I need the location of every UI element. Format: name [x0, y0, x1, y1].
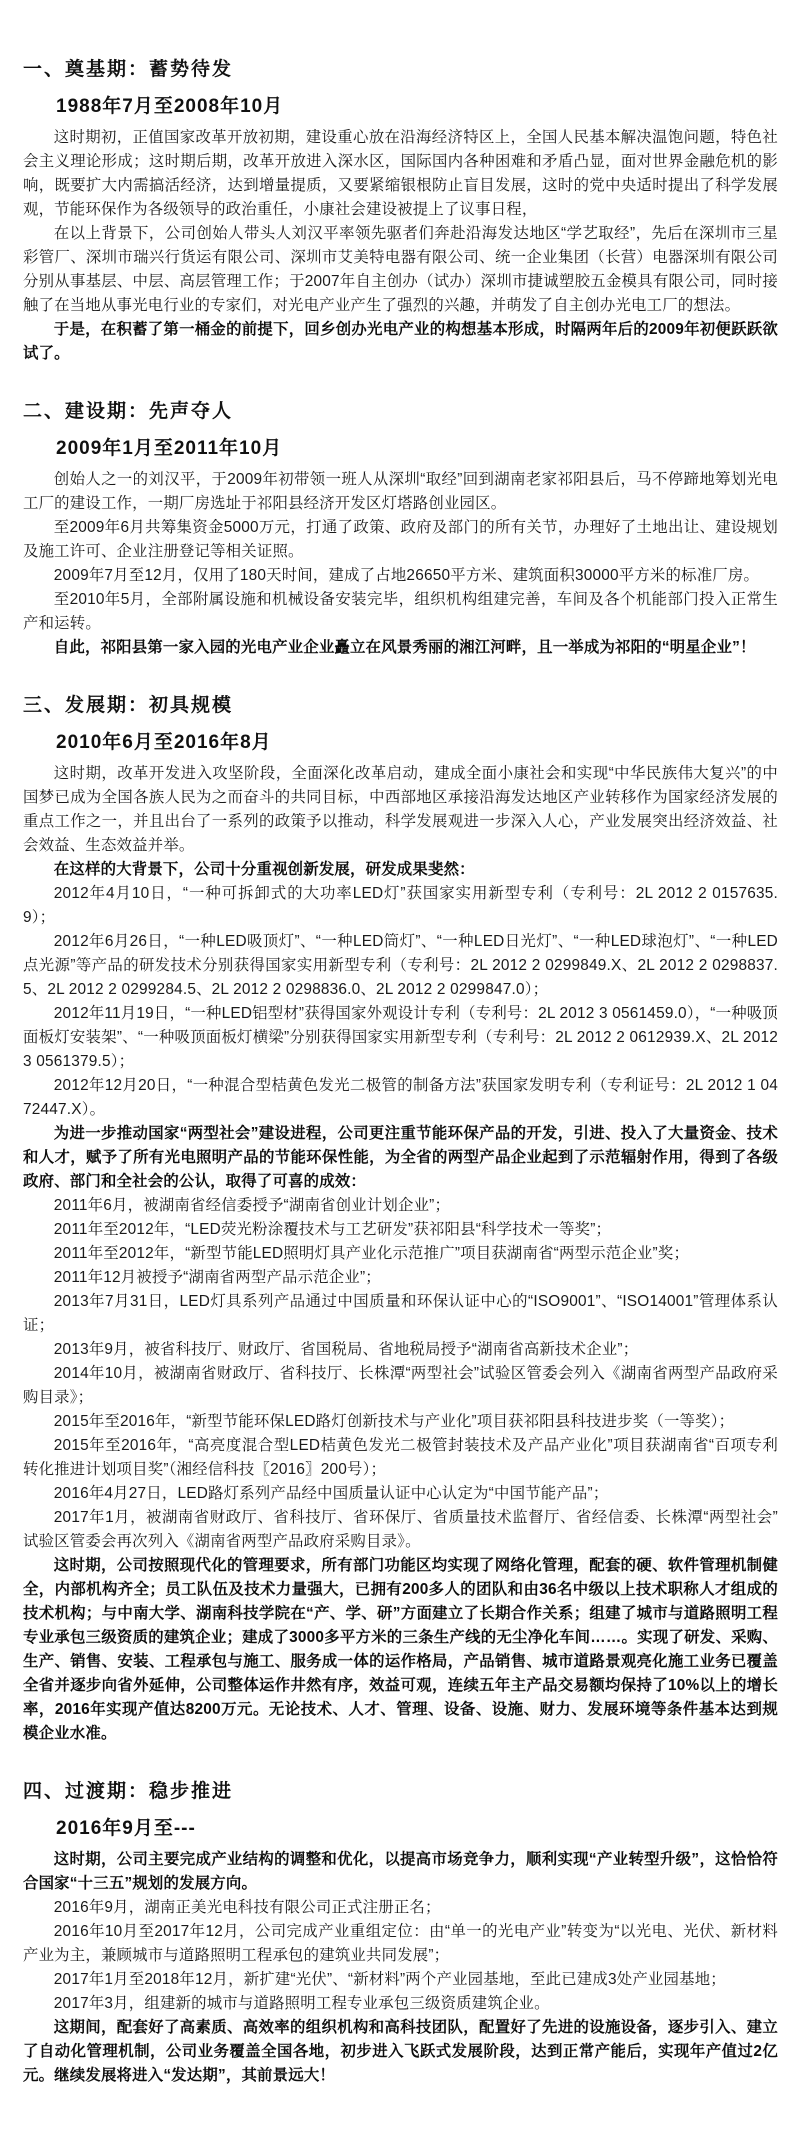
section-paragraphs: 这时期，公司主要完成产业结构的调整和优化，以提高市场竞争力，顺利实现“产业转型升… [23, 1848, 778, 2088]
section-period: 2016年9月至--- [56, 1817, 778, 1841]
document-section: 一、奠基期：蓄势待发 1988年7月至2008年10月 这时期初，正值国家改革开… [23, 58, 778, 366]
paragraph: 在这样的大背景下，公司十分重视创新发展，研发成果斐然： [23, 858, 778, 882]
section-period: 2009年1月至2011年10月 [56, 437, 778, 461]
paragraph: 2015年至2016年，“高亮度混合型LED桔黄色发光二极管封装技术及产品产业化… [23, 1434, 778, 1482]
paragraph: 2017年3月，组建新的城市与道路照明工程专业承包三级资质建筑企业。 [23, 1992, 778, 2016]
paragraph: 至2009年6月共筹集资金5000万元，打通了政策、政府及部门的所有关节，办理好… [23, 516, 778, 564]
paragraph: 2009年7月至12月，仅用了180天时间，建成了占地26650平方米、建筑面积… [23, 564, 778, 588]
paragraph: 2016年9月，湖南正美光电科技有限公司正式注册正名； [23, 1896, 778, 1920]
paragraph: 于是，在积蓄了第一桶金的前提下，回乡创办光电产业的构想基本形成，时隔两年后的20… [23, 318, 778, 366]
paragraph: 这时期，公司主要完成产业结构的调整和优化，以提高市场竞争力，顺利实现“产业转型升… [23, 1848, 778, 1896]
document-section: 二、建设期：先声夺人 2009年1月至2011年10月 创始人之一的刘汉平，于2… [23, 400, 778, 660]
paragraph: 2012年12月20日，“一种混合型桔黄色发光二极管的制备方法”获国家发明专利（… [23, 1074, 778, 1122]
paragraph: 2011年6月，被湖南省经信委授予“湖南省创业计划企业”； [23, 1194, 778, 1218]
paragraph: 2013年7月31日，LED灯具系列产品通过中国质量和环保认证中心的“ISO90… [23, 1290, 778, 1338]
paragraph: 2016年10月至2017年12月，公司完成产业重组定位：由“单一的光电产业”转… [23, 1920, 778, 1968]
paragraph: 2017年1月，被湖南省财政厅、省科技厅、省环保厅、省质量技术监督厅、省经信委、… [23, 1506, 778, 1554]
document-sections: 一、奠基期：蓄势待发 1988年7月至2008年10月 这时期初，正值国家改革开… [23, 58, 778, 2088]
paragraph: 这时期，公司按照现代化的管理要求，所有部门功能区均实现了网络化管理，配套的硬、软… [23, 1554, 778, 1746]
paragraph: 这时期初，正值国家改革开放初期，建设重心放在沿海经济特区上，全国人民基本解决温饱… [23, 126, 778, 222]
paragraph: 2013年9月，被省科技厅、财政厅、省国税局、省地税局授予“湖南省高新技术企业”… [23, 1338, 778, 1362]
paragraph: 2011年至2012年，“新型节能LED照明灯具产业化示范推广”项目获湖南省“两… [23, 1242, 778, 1266]
paragraph: 2012年6月26日，“一种LED吸顶灯”、“一种LED筒灯”、“一种LED日光… [23, 930, 778, 1002]
paragraph: 这期间，配套好了高素质、高效率的组织机构和高科技团队，配置好了先进的设施设备，逐… [23, 2016, 778, 2088]
section-paragraphs: 这时期，改革开发进入攻坚阶段，全面深化改革启动，建成全面小康社会和实现“中华民族… [23, 762, 778, 1746]
paragraph: 创始人之一的刘汉平，于2009年初带领一班人从深圳“取经”回到湖南老家祁阳县后，… [23, 468, 778, 516]
section-heading: 二、建设期：先声夺人 [23, 400, 778, 424]
section-heading: 四、过渡期：稳步推进 [23, 1780, 778, 1804]
section-heading: 三、发展期：初具规模 [23, 694, 778, 718]
paragraph: 2012年4月10日，“一种可拆卸式的大功率LED灯”获国家实用新型专利（专利号… [23, 882, 778, 930]
paragraph: 2011年12月被授予“湖南省两型产品示范企业”； [23, 1266, 778, 1290]
document-section: 四、过渡期：稳步推进 2016年9月至--- 这时期，公司主要完成产业结构的调整… [23, 1780, 778, 2088]
paragraph: 2014年10月，被湖南省财政厅、省科技厅、长株潭“两型社会”试验区管委会列入《… [23, 1362, 778, 1410]
section-heading: 一、奠基期：蓄势待发 [23, 58, 778, 82]
paragraph: 2012年11月19日，“一种LED铝型材”获得国家外观设计专利（专利号：2L … [23, 1002, 778, 1074]
paragraph: 至2010年5月，全部附属设施和机械设备安装完毕，组织机构组建完善，车间及各个机… [23, 588, 778, 636]
section-period: 2010年6月至2016年8月 [56, 731, 778, 755]
document-section: 三、发展期：初具规模 2010年6月至2016年8月 这时期，改革开发进入攻坚阶… [23, 694, 778, 1746]
paragraph: 在以上背景下，公司创始人带头人刘汉平率领先驱者们奔赴沿海发达地区“学艺取经”，先… [23, 222, 778, 318]
paragraph: 2011年至2012年，“LED荧光粉涂覆技术与工艺研发”获祁阳县“科学技术一等… [23, 1218, 778, 1242]
paragraph: 2017年1月至2018年12月，新扩建“光伏”、“新材料”两个产业园基地，至此… [23, 1968, 778, 1992]
paragraph: 为进一步推动国家“两型社会”建设进程，公司更注重节能环保产品的开发，引进、投入了… [23, 1122, 778, 1194]
paragraph: 这时期，改革开发进入攻坚阶段，全面深化改革启动，建成全面小康社会和实现“中华民族… [23, 762, 778, 858]
paragraph: 2016年4月27日，LED路灯系列产品经中国质量认证中心认定为“中国节能产品”… [23, 1482, 778, 1506]
section-paragraphs: 创始人之一的刘汉平，于2009年初带领一班人从深圳“取经”回到湖南老家祁阳县后，… [23, 468, 778, 660]
section-period: 1988年7月至2008年10月 [56, 95, 778, 119]
section-paragraphs: 这时期初，正值国家改革开放初期，建设重心放在沿海经济特区上，全国人民基本解决温饱… [23, 126, 778, 366]
paragraph: 2015年至2016年，“新型节能环保LED路灯创新技术与产业化”项目获祁阳县科… [23, 1410, 778, 1434]
paragraph: 自此，祁阳县第一家入园的光电产业企业矗立在风景秀丽的湘江河畔，且一举成为祁阳的“… [23, 636, 778, 660]
document-page: 一、奠基期：蓄势待发 1988年7月至2008年10月 这时期初，正值国家改革开… [0, 0, 800, 2148]
